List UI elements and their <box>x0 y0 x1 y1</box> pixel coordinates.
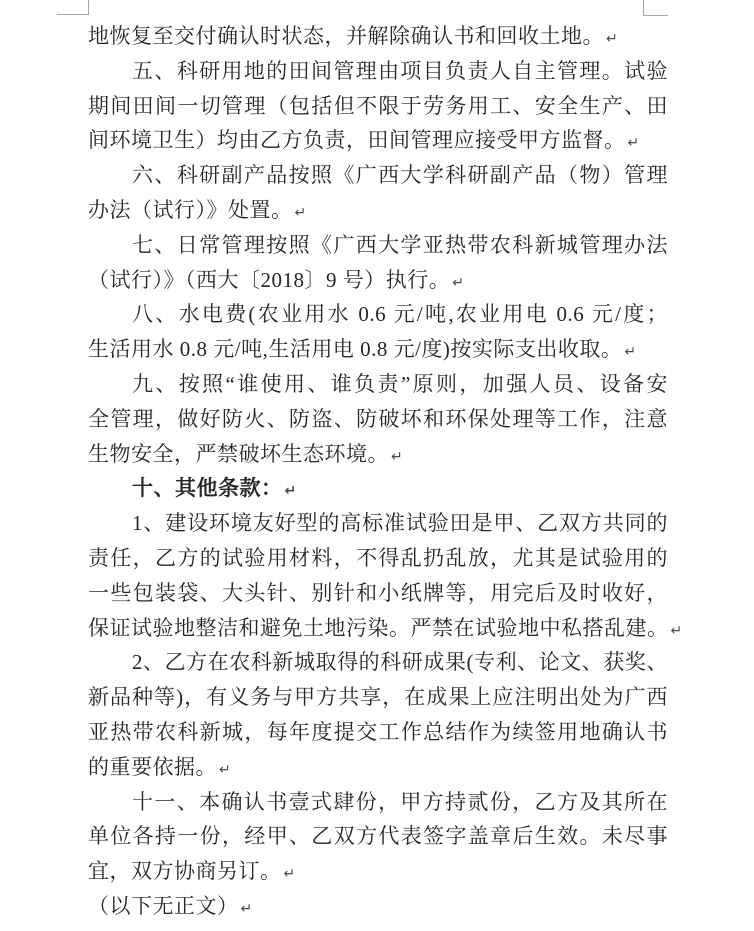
text-line-content: 一些包装袋、大头针、别针和小纸牌等，用完后及时收好， <box>88 581 668 605</box>
text-line-content: 十一、本确认书壹式肆份，甲方持贰份，乙方及其所在 <box>132 790 668 814</box>
text-line-content: 宜，双方协商另订。 <box>88 859 282 883</box>
text-line[interactable]: 七、日常管理按照《广西大学亚热带农科新城管理办法 <box>88 228 668 263</box>
text-line[interactable]: 宜，双方协商另订。↵ <box>88 854 668 889</box>
paragraph-mark-icon: ↵ <box>391 449 403 465</box>
text-line[interactable]: 1、建设环境友好型的高标准试验田是甲、乙双方共同的 <box>88 506 668 541</box>
text-line-content: 全管理，做好防火、防盗、防破坏和环保处理等工作，注意 <box>88 407 668 431</box>
text-line-content: 十、其他条款： <box>132 476 283 500</box>
text-line-content: 六、科研副产品按照《广西大学科研副产品（物）管理 <box>132 163 668 187</box>
text-line-content: 五、科研用地的田间管理由项目负责人自主管理。试验 <box>132 59 668 83</box>
text-line[interactable]: 八、水电费(农业用水 0.6 元/吨,农业用电 0.6 元/度； <box>88 297 668 332</box>
text-line-content: 单位各持一份，经甲、乙双方代表签字盖章后生效。未尽事 <box>88 824 668 848</box>
text-line[interactable]: 保证试验地整洁和避免土地污染。严禁在试验地中私搭乱建。↵ <box>88 611 668 646</box>
text-line[interactable]: 新品种等)，有义务与甲方共享，在成果上应注明出处为广西 <box>88 680 668 715</box>
paragraph-mark-icon: ↵ <box>628 135 640 151</box>
paragraph-mark-icon: ↵ <box>285 483 297 499</box>
text-line[interactable]: 九、按照“谁使用、谁负责”原则，加强人员、设备安 <box>88 367 668 402</box>
text-line-content: 八、水电费(农业用水 0.6 元/吨,农业用电 0.6 元/度； <box>132 302 668 326</box>
text-line-content: 1、建设环境友好型的高标准试验田是甲、乙双方共同的 <box>132 511 668 535</box>
text-line[interactable]: （试行）》（西大〔2018〕9 号）执行。↵ <box>88 263 668 298</box>
text-line[interactable]: 全管理，做好防火、防盗、防破坏和环保处理等工作，注意 <box>88 402 668 437</box>
text-line[interactable]: 一些包装袋、大头针、别针和小纸牌等，用完后及时收好， <box>88 576 668 611</box>
paragraph-mark-icon: ↵ <box>671 623 683 639</box>
text-line-content: 间环境卫生）均由乙方负责，田间管理应接受甲方监督。 <box>88 128 626 152</box>
text-line-content: 亚热带农科新城，每年度提交工作总结作为续签用地确认书 <box>88 720 668 744</box>
text-line[interactable]: 亚热带农科新城，每年度提交工作总结作为续签用地确认书 <box>88 715 668 750</box>
text-line-content: 责任，乙方的试验用材料，不得乱扔乱放，尤其是试验用的 <box>88 546 668 570</box>
text-line-content: 2、乙方在农科新城取得的科研成果(专利、论文、获奖、 <box>132 650 668 674</box>
text-line-content: 九、按照“谁使用、谁负责”原则，加强人员、设备安 <box>132 372 668 396</box>
text-line[interactable]: 责任，乙方的试验用材料，不得乱扔乱放，尤其是试验用的 <box>88 541 668 576</box>
text-line[interactable]: 间环境卫生）均由乙方负责，田间管理应接受甲方监督。↵ <box>88 123 668 158</box>
paragraph-mark-icon: ↵ <box>295 205 307 221</box>
text-line-content: 生活用水 0.8 元/吨,生活用电 0.8 元/度)按实际支出收取。 <box>88 337 622 361</box>
text-line-content: 办法（试行）》处置。 <box>88 198 293 222</box>
document-body: 地恢复至交付确认时状态，并解除确认书和回收土地。↵五、科研用地的田间管理由项目负… <box>88 19 668 924</box>
text-line-content: 的重要依据。 <box>88 755 217 779</box>
paragraph-mark-icon: ↵ <box>624 344 636 360</box>
text-boundary-mark-top-left <box>57 0 89 15</box>
text-line[interactable]: 单位各持一份，经甲、乙双方代表签字盖章后生效。未尽事 <box>88 819 668 854</box>
text-line-content: 新品种等)，有义务与甲方共享，在成果上应注明出处为广西 <box>88 685 668 709</box>
text-line[interactable]: 办法（试行）》处置。↵ <box>88 193 668 228</box>
text-line-content: 地恢复至交付确认时状态，并解除确认书和回收土地。 <box>88 24 604 48</box>
text-line[interactable]: 五、科研用地的田间管理由项目负责人自主管理。试验 <box>88 54 668 89</box>
text-line-content: （试行）》（西大〔2018〕9 号）执行。 <box>88 268 450 292</box>
document-page: 地恢复至交付确认时状态，并解除确认书和回收土地。↵五、科研用地的田间管理由项目负… <box>0 0 754 931</box>
text-line[interactable]: 2、乙方在农科新城取得的科研成果(专利、论文、获奖、 <box>88 645 668 680</box>
text-line[interactable]: 十一、本确认书壹式肆份，甲方持贰份，乙方及其所在 <box>88 785 668 820</box>
paragraph-mark-icon: ↵ <box>241 901 253 917</box>
paragraph-mark-icon: ↵ <box>452 275 464 291</box>
text-line[interactable]: （以下无正文）↵ <box>88 889 668 924</box>
text-line-content: 七、日常管理按照《广西大学亚热带农科新城管理办法 <box>132 233 668 257</box>
paragraph-mark-icon: ↵ <box>219 762 231 778</box>
text-line-content: （以下无正文） <box>88 894 239 918</box>
text-line-content: 生物安全，严禁破坏生态环境。 <box>88 442 389 466</box>
text-line-content: 保证试验地整洁和避免土地污染。严禁在试验地中私搭乱建。 <box>88 616 669 640</box>
text-line[interactable]: 地恢复至交付确认时状态，并解除确认书和回收土地。↵ <box>88 19 668 54</box>
text-line[interactable]: 期间田间一切管理（包括但不限于劳务用工、安全生产、田 <box>88 89 668 124</box>
paragraph-mark-icon: ↵ <box>284 866 296 882</box>
text-line[interactable]: 的重要依据。↵ <box>88 750 668 785</box>
text-line-content: 期间田间一切管理（包括但不限于劳务用工、安全生产、田 <box>88 94 668 118</box>
text-line[interactable]: 六、科研副产品按照《广西大学科研副产品（物）管理 <box>88 158 668 193</box>
text-line[interactable]: 生活用水 0.8 元/吨,生活用电 0.8 元/度)按实际支出收取。↵ <box>88 332 668 367</box>
text-boundary-mark-top-right <box>643 0 668 16</box>
text-line[interactable]: 生物安全，严禁破坏生态环境。↵ <box>88 437 668 472</box>
paragraph-mark-icon: ↵ <box>606 31 618 47</box>
text-line[interactable]: 十、其他条款：↵ <box>88 471 668 506</box>
